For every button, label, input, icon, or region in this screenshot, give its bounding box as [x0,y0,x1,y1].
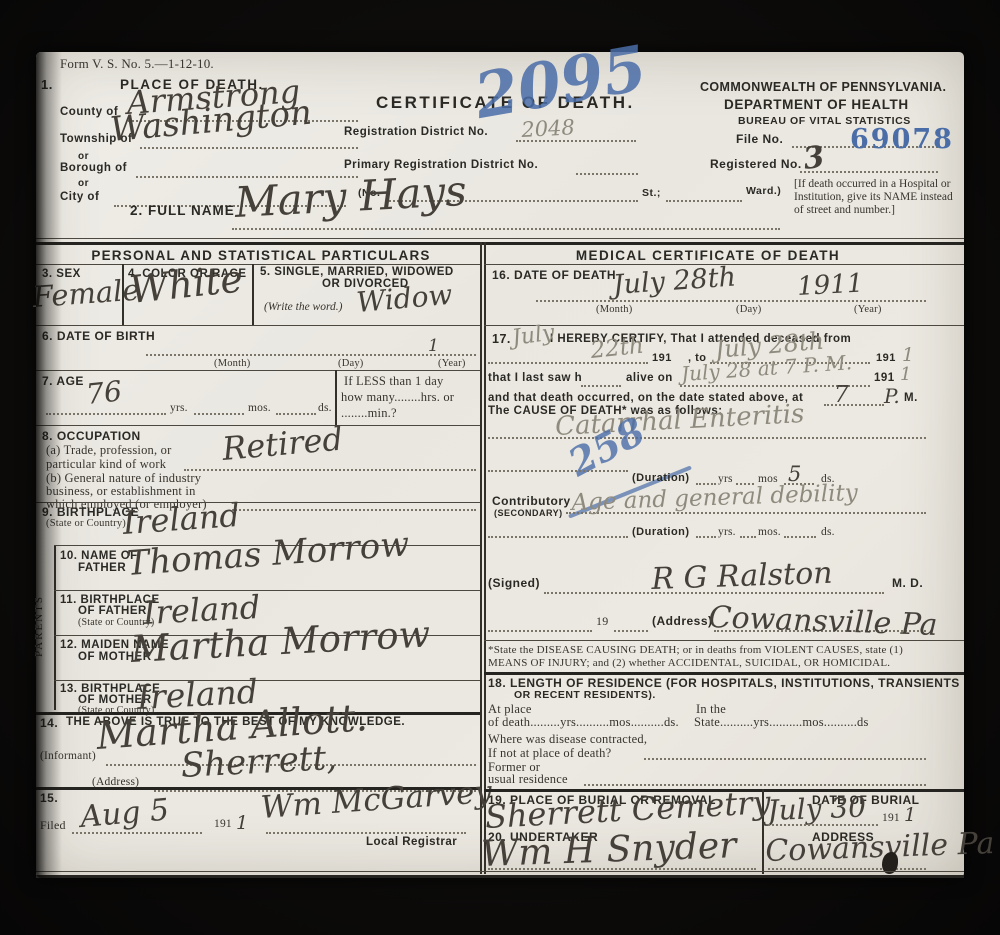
scan-background: Form V. S. No. 5.—1-12-10. 1. PLACE OF D… [0,0,1000,935]
year-191-printed: 191 [652,352,672,364]
yrs-caption: yrs. [718,526,736,538]
date-of-death-year: 1911 [796,269,864,302]
yrs-caption: yrs [718,473,733,485]
length-of-residence-label-2: OR RECENT RESIDENTS). [514,689,656,701]
medical-section-title: MEDICAL CERTIFICATE OF DEATH [488,248,928,263]
dob-mark: 1 [428,336,439,356]
year-digit-handwritten: 1 [902,344,914,366]
ds-caption: ds. [318,402,332,414]
registration-district-label: Registration District No. [344,126,488,138]
undertaker-address-value: Cowansville Pa [765,826,995,869]
dotted-line [140,147,358,149]
footnote-line-2: MEANS OF INJURY; and (2) whether ACCIDEN… [488,657,890,669]
form-number: Form V. S. No. 5.—1-12-10. [60,56,214,72]
cell-divider [252,264,254,325]
item14-number: 14. [40,716,58,730]
dotted-line [184,469,476,471]
marital-value: Widow [355,278,454,319]
rule-line [36,875,964,878]
yrs-caption: yrs. [170,402,188,414]
filed-year-printed: 191 [214,818,232,830]
if-not-at-place-label: If not at place of death? [488,746,611,761]
month-caption: (Month) [214,358,250,369]
at-place-label-2: of death.........yrs..........mos.......… [488,715,679,730]
mos-caption: mos. [248,402,271,414]
year-191-printed: 191 [874,372,895,384]
death-hour-value: 7 [834,382,849,408]
marital-label: 5. SINGLE, MARRIED, WIDOWED [260,266,454,278]
informant-address-value: Sherrett, [180,738,338,786]
duration-label: (Duration) [632,472,690,484]
dotted-line [488,536,628,538]
dotted-line [146,354,476,356]
burial-date-value: July 30 [767,791,867,827]
age-value: 76 [85,374,124,411]
less-than-note-3: ........min.? [341,406,397,421]
burial-year-handwritten: 1 [904,804,916,826]
informant-label: (Informant) [40,750,96,762]
dotted-line [666,200,742,202]
length-of-residence-label-1: 18. LENGTH OF RESIDENCE (FOR HOSPITALS, … [488,676,960,690]
occupation-label: 8. OCCUPATION [42,429,141,443]
year-caption: (Year) [438,358,466,369]
dotted-line [740,536,756,538]
dotted-line [581,385,621,387]
attended-from-day: 22th [589,333,645,364]
signed-label: (Signed) [488,576,540,590]
rule-line [36,871,964,872]
rule-line [484,672,964,675]
m-label: M. [904,392,918,404]
file-no-label: File No. [736,132,783,146]
day-caption: (Day) [338,358,364,369]
dotted-line [232,509,476,511]
physician-signature: R G Ralston [651,556,833,597]
parents-bracket-line [54,545,56,710]
commonwealth-title: COMMONWEALTH OF PENNSYLVANIA. [700,80,946,94]
or-label: or [78,178,89,189]
dotted-line [536,300,926,302]
dob-label: 6. DATE OF BIRTH [42,329,155,343]
dotted-line [266,832,466,834]
birthplace-value: Ireland [121,496,241,542]
contributory-label: Contributory [492,494,571,508]
last-saw-statement-1: that I last saw h [488,372,582,384]
dotted-line [614,630,648,632]
dotted-line [824,404,884,406]
dotted-line [488,437,926,439]
occupation-a1: (a) Trade, profession, or [46,443,171,458]
last-saw-statement-2: alive on [626,372,673,384]
dotted-line [46,413,166,415]
pm-handwritten: P. [884,384,900,408]
personal-section-title: PERSONAL AND STATISTICAL PARTICULARS [46,248,476,263]
rule-line [36,502,480,503]
year-digit-handwritten: 1 [900,364,911,385]
mos-caption: mos. [758,526,781,538]
dotted-line [232,228,780,230]
duration2-label: (Duration) [632,526,690,538]
dotted-line [488,868,756,870]
dotted-line [784,536,816,538]
local-registrar-label: Local Registrar [366,836,457,848]
ds-caption: ds. [821,526,835,538]
day-caption: (Day) [736,304,762,315]
rule-line [36,238,964,239]
dotted-line [768,868,926,870]
date-of-death-value: July 28th [612,261,737,301]
in-the-state-label-2: State..........yrs..........mos.........… [694,715,869,730]
less-than-note-1: If LESS than 1 day [344,374,443,389]
rule-line [54,680,480,681]
filed-label: Filed [40,818,66,833]
registrar-signature: Wm McGarvey [259,774,493,826]
date-of-death-label: 16. DATE OF DEATH [492,268,616,282]
department-title: DEPARTMENT OF HEALTH [724,97,909,112]
occupation-value: Retired [221,420,345,468]
state-country-caption: (State or Country) [46,518,126,529]
dotted-line [768,824,878,826]
burial-year-printed: 191 [882,812,900,824]
full-name-label: 2. FULL NAME [130,203,235,218]
rule-line [36,370,480,371]
disease-contracted-label: Where was disease contracted, [488,732,647,747]
dotted-line [488,362,648,364]
dotted-line [696,536,716,538]
or-label: or [78,151,89,162]
rule-line [54,590,480,591]
rule-line [36,325,480,326]
contributory-value: Age and general debility [571,480,858,516]
dotted-line [194,413,244,415]
year-caption: (Year) [854,304,882,315]
filed-date-value: Aug 5 [79,792,171,835]
dotted-line [488,630,592,632]
rule-line [484,640,964,641]
dotted-line [644,758,926,760]
borough-label: Borough of [60,162,127,174]
item15-number: 15. [40,791,58,805]
physician-address-label: (Address) [652,614,713,628]
file-no-stamp: 69078 [850,124,954,155]
father-birthplace-label-2: OF FATHER [78,605,147,617]
dotted-line [576,173,638,175]
dotted-line [276,413,316,415]
cell-divider [335,370,337,425]
filed-year-handwritten: 1 [236,812,248,834]
age-label: 7. AGE [42,374,84,388]
dotted-line [488,470,628,472]
attended-from-month: July [511,320,557,351]
street-label: St.; [642,187,661,199]
rule-line [36,242,964,245]
md-label: M. D. [892,576,923,590]
registration-district-value: 2048 [521,115,576,142]
former-residence-label-2: usual residence [488,772,568,787]
month-caption: (Month) [596,304,632,315]
footnote-line-1: *State the DISEASE CAUSING DEATH; or in … [488,644,903,656]
death-certificate-paper: Form V. S. No. 5.—1-12-10. 1. PLACE OF D… [36,52,964,878]
registered-no-label: Registered No. [710,157,802,171]
hospital-note: [If death occurred in a Hospital or Inst… [794,178,960,217]
occupation-a2: particular kind of work [46,457,166,472]
father-name-label-2: FATHER [78,562,126,574]
write-word-note: (Write the word.) [264,301,342,313]
year-191-printed: 191 [876,352,896,364]
ward-label: Ward.) [746,185,781,197]
rule-line [36,264,480,265]
parents-vertical-label: PARENTS [33,595,45,657]
item17-number: 17. [492,332,511,346]
item1-number: 1. [41,77,53,92]
sex-value: Female [32,273,141,314]
rule-line [484,325,964,326]
less-than-note-2: how many........hrs. or [341,390,454,405]
physician-address-value: Cowansville Pa [708,600,938,643]
city-label: City of [60,191,99,203]
secondary-label: (SECONDARY) [494,508,563,518]
year-19-printed: 19 [596,614,608,629]
